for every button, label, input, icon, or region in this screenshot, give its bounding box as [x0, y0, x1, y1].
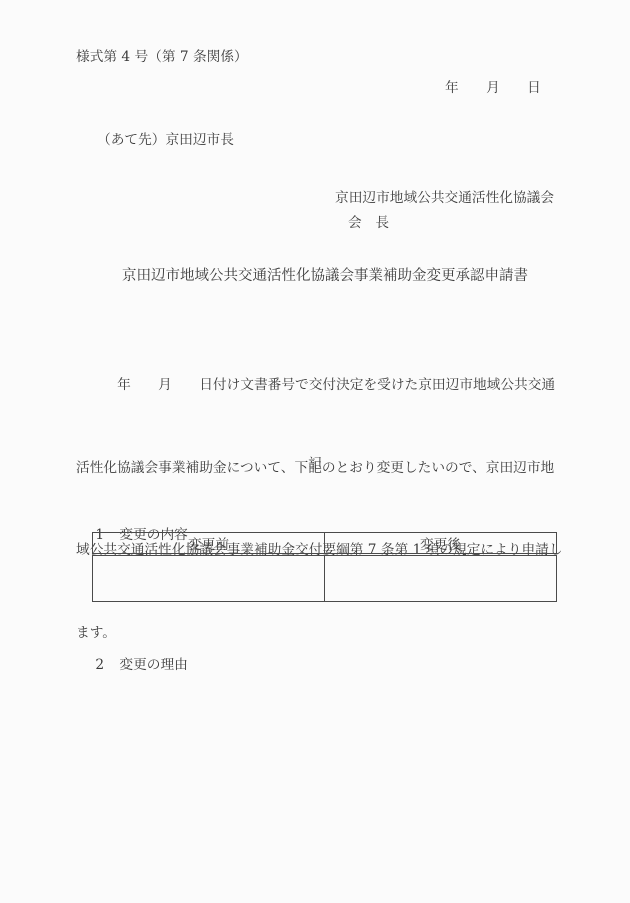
sender-organization: 京田辺市地域公共交通活性化協議会 — [335, 190, 554, 207]
document-page: 様式第 4 号（第 7 条関係） 年 月 日 （あて先）京田辺市長 京田辺市地域… — [0, 0, 630, 903]
form-number: 様式第 4 号（第 7 条関係） — [76, 49, 248, 66]
section-change-reason: 2変更の理由 — [78, 637, 188, 689]
section-number: 2 — [95, 657, 119, 673]
change-after-cell — [325, 555, 557, 602]
body-line: 年 月 日付け文書番号で交付決定を受けた京田辺市地域公共交通 — [76, 372, 566, 400]
date-placeholder: 年 月 日 — [445, 80, 541, 97]
sender-title-chairman: 会 長 — [348, 215, 389, 232]
section-label: 変更の理由 — [119, 657, 187, 673]
record-marker-ki: 記 — [0, 456, 630, 473]
change-after-header: 変更後 — [325, 533, 557, 555]
change-table-body-row — [93, 555, 557, 602]
change-table-header-row: 変更前 変更後 — [93, 533, 557, 555]
addressee-line: （あて先）京田辺市長 — [97, 132, 234, 149]
change-before-cell — [93, 555, 325, 602]
change-before-header: 変更前 — [93, 533, 325, 555]
document-title: 京田辺市地域公共交通活性化協議会事業補助金変更承認申請書 — [122, 267, 528, 285]
change-table: 変更前 変更後 — [92, 532, 557, 602]
